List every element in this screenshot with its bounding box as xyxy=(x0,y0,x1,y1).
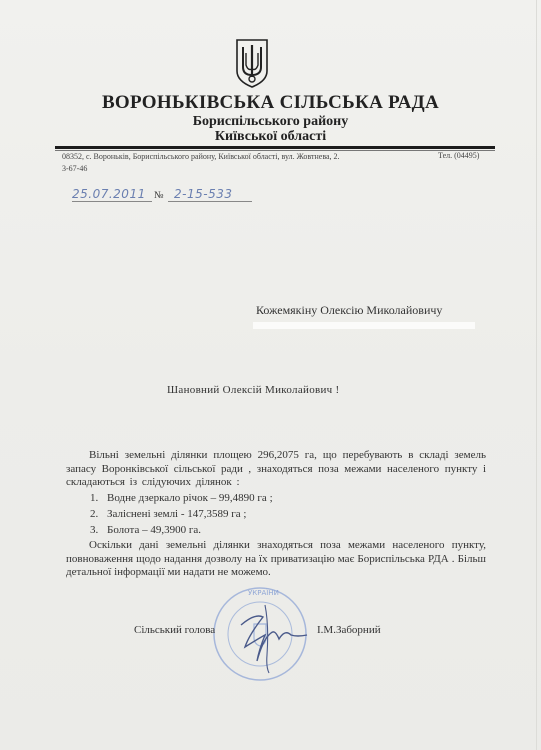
list-item-text: Водне дзеркало річок – 99,4890 га ; xyxy=(107,492,273,504)
district-subtitle: Бориспільського району xyxy=(0,114,541,130)
registration-date: 25.07.2011 xyxy=(72,187,152,202)
list-item: 2.Залісненi землі - 147,3589 га ; xyxy=(90,506,273,522)
organization-title: ВОРОНЬКІВСЬКА СІЛЬСЬКА РАДА xyxy=(0,92,541,114)
list-item-text: Залісненi землі - 147,3589 га ; xyxy=(107,508,246,520)
address-line: 08352, с. Вороньків, Бориспільського рай… xyxy=(62,151,340,163)
phone-label: Тел. (04495) xyxy=(438,151,479,160)
signatory-name: І.М.Заборний xyxy=(317,624,381,636)
list-item-number: 1. xyxy=(90,490,107,506)
registration-number: 2-15-533 xyxy=(168,187,252,202)
plot-list: 1.Водне дзеркало річок – 99,4890 га ; 2.… xyxy=(90,490,273,538)
list-item: 1.Водне дзеркало річок – 99,4890 га ; xyxy=(90,490,273,506)
letter-page: ВОРОНЬКІВСЬКА СІЛЬСЬКА РАДА Бориспільськ… xyxy=(0,0,541,750)
phone-number: 3-67-46 xyxy=(62,163,340,175)
redacted-address xyxy=(253,322,475,329)
signatory-title: Сільський голова xyxy=(134,624,215,636)
letterhead-divider xyxy=(55,146,495,149)
handwritten-signature-icon xyxy=(235,595,315,685)
region-subtitle: Київської області xyxy=(0,129,541,145)
list-item: 3.Болота – 49,3900 га. xyxy=(90,522,273,538)
list-item-number: 2. xyxy=(90,506,107,522)
list-item-text: Болота – 49,3900 га. xyxy=(107,524,201,536)
recipient-name: Кожемякіну Олексію Миколайовичу xyxy=(256,303,442,318)
registration-number-label: № xyxy=(154,190,164,201)
address-block: 08352, с. Вороньків, Бориспільського рай… xyxy=(62,151,340,175)
list-item-number: 3. xyxy=(90,522,107,538)
body-paragraph-2: Оскільки дані земельні ділянки знаходять… xyxy=(66,539,486,580)
greeting: Шановний Олексій Миколайович ! xyxy=(167,384,340,396)
trident-coat-of-arms-icon xyxy=(234,37,270,89)
body-paragraph-1: Вільні земельні ділянки площею 296,2075 … xyxy=(66,449,486,490)
